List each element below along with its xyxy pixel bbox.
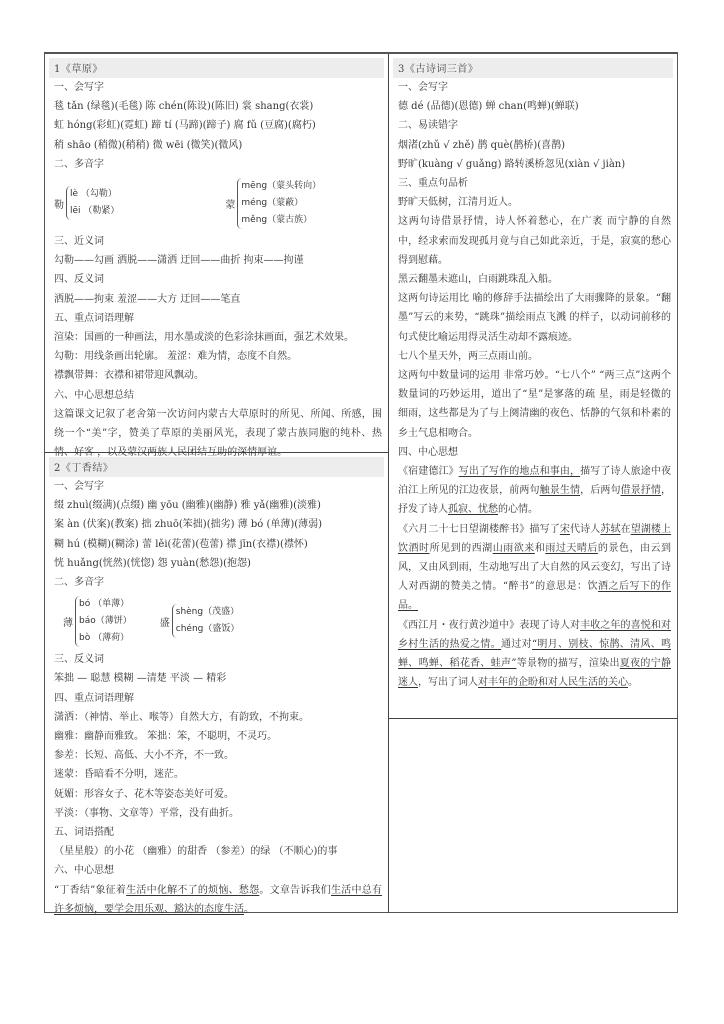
writing-chars-line: 稍 shāo (稍微)(稍稍) 微 wēi (微笑)(微风) <box>49 136 384 155</box>
lesson-2-cell: 2《丁香结》 一、会写字 缀 zhuì(缀满)(点缀) 幽 yōu (幽雅)(幽… <box>45 453 388 913</box>
writing-chars-line: 德 dé (品德)(恩德) 蝉 chan(鸣蝉)(蝉联) <box>393 97 673 116</box>
section-heading: 二、多音字 <box>49 573 384 592</box>
text-run: 。 <box>244 904 254 915</box>
writing-chars-line: 恍 huǎng(恍然)(恍惚) 怨 yuàn(愁怨)(抱怨) <box>49 554 384 573</box>
text-run: 所见到的西湖 <box>430 543 493 554</box>
misread-chars-line: 野旷(kuàng √ guǎng) 路转溪桥忽见(xiàn √ jiàn) <box>393 155 673 174</box>
synonyms-line: 勾勒——勾画 洒脱——潇洒 迂回——曲折 拘束——拘谨 <box>49 251 384 270</box>
poem-line: 七八个星天外，两三点雨山前。 <box>393 347 673 366</box>
lesson-3-cell: 3《古诗词三首》 一、会写字 德 dé (品德)(恩德) 蝉 chan(鸣蝉)(… <box>389 54 677 719</box>
polyphonic-group: 勒 lè （勾勒） lēi （勒紧） 蒙 mēng（蒙头转向） méng（蒙蔽）… <box>49 174 384 232</box>
right-column: 3《古诗词三首》 一、会写字 德 dé (品德)(恩德) 蝉 chan(鸣蝉)(… <box>388 54 677 913</box>
text-run: 代诗人 <box>570 524 600 535</box>
writing-chars-line: 糊 hú (模糊)(糊涂) 蕾 lěi(花蕾)(苞蕾) 襟 jīn(衣襟)(襟怀… <box>49 535 384 554</box>
section-heading: 四、反义词 <box>49 270 384 289</box>
central-idea-text: “丁香结”象征着生活中化解不了的烦恼、愁怨。文章告诉我们生活中总有许多烦恼，要学… <box>49 881 384 919</box>
brace-icon: lè （勾勒） lēi （勒紧） <box>66 186 119 220</box>
analysis-text: 这两句诗借景抒情，诗人怀着愁心，在广袤 而宁静的自然中，经求索而发现孤月竟与自己… <box>393 212 673 270</box>
writing-chars-line: 案 àn (伏案)(教案) 拙 zhuō(笨拙)(拙劣) 薄 bó (单薄)(薄… <box>49 515 384 534</box>
definition-line: 襟飘带舞：衣襟和裙带迎风飘动。 <box>49 366 384 385</box>
poem-line: 野旷天低树，江清月近人。 <box>393 193 673 212</box>
writing-chars-line: 虹 hóng(彩虹)(霓虹) 蹄 tí (马蹄)(蹄子) 腐 fǔ (豆腐)(腐… <box>49 116 384 135</box>
section-heading: 三、反义词 <box>49 650 384 669</box>
notes-table: 1《草原》 一、会写字 毯 tǎn (绿毯)(毛毯) 陈 chén(陈设)(陈旧… <box>44 52 678 913</box>
polyphonic-char: 蒙 <box>225 196 235 211</box>
underlined-text: 宋 <box>560 524 570 535</box>
central-idea-paragraph: 《宿建德江》写出了写作的地点和事由，描写了诗人旅途中夜泊江上所见的江边夜景，前两… <box>393 462 673 520</box>
definition-line: 渲染：国画的一种画法，用水墨或淡的色彩涂抹画面，强艺术效果。 <box>49 328 384 347</box>
definition-line: 勾勒：用线条画出轮廓。 羞涩：难为情，态度不自然。 <box>49 347 384 366</box>
section-heading: 二、多音字 <box>49 155 384 174</box>
underlined-text: 雨过天晴后 <box>545 543 598 554</box>
underlined-text: 写出了写作的地点和事由， <box>459 466 580 477</box>
lesson-1-title: 1《草原》 <box>49 58 384 78</box>
text-run: 《六月二十七日望湖楼醉书》描写了 <box>398 524 560 535</box>
analysis-text: 这两句诗运用比 喻的修辞手法描绘出了大雨骤降的景象。“翻墨”写云的来势，“跳珠”… <box>393 289 673 347</box>
underlined-text: 触景生情 <box>540 485 580 496</box>
writing-chars-line: 毯 tǎn (绿毯)(毛毯) 陈 chén(陈设)(陈旧) 裳 shang(衣裳… <box>49 97 384 116</box>
section-heading: 四、重点词语理解 <box>49 689 384 708</box>
brace-icon: shèng（茂盛） chéng（盛饭） <box>172 604 240 638</box>
text-run: ，后两句 <box>580 485 620 496</box>
section-heading: 二、易读错字 <box>393 116 673 135</box>
underlined-text: 生活中化解不了的烦恼、愁怨 <box>126 885 259 896</box>
underlined-text: 对丰年的企盼和对人民生活的关心 <box>478 677 628 688</box>
text-run: 。 <box>628 677 638 688</box>
antonyms-line: 洒脱——拘束 羞涩——大方 迂回——笔直 <box>49 290 384 309</box>
central-idea-paragraph: 《六月二十七日望湖楼醉书》描写了宋代诗人苏轼在望湖楼上饮酒时所见到的西湖山雨欲来… <box>393 520 673 616</box>
brace-icon: bó （单薄） báo（薄饼） bò （薄荷） <box>75 596 132 647</box>
text-run: ，写出了词人 <box>418 677 478 688</box>
reading: chéng（盛饭） <box>176 621 240 638</box>
section-heading: 一、会写字 <box>49 78 384 97</box>
underlined-text: 苏轼 <box>600 524 620 535</box>
misread-chars-line: 烟渚(zhǔ √ zhě) 鹊 què(鹊桥)(喜鹊) <box>393 136 673 155</box>
reading: shèng（茂盛） <box>176 604 240 621</box>
text-run: 和 <box>535 543 546 554</box>
analysis-text: 这两句中数量词的运用 非常巧妙。“七八个” “两三点”这两个数量词的巧妙运用，道… <box>393 366 673 443</box>
definition-line: 参差：长短、高低、大小不齐，不一致。 <box>49 746 384 765</box>
section-heading: 六、中心思想 <box>49 861 384 880</box>
reading: bò （薄荷） <box>79 630 132 647</box>
polyphonic-group: 薄 bó （单薄） báo（薄饼） bò （薄荷） 盛 shèng（茂盛） ch… <box>49 592 384 650</box>
underlined-text: 山雨欲来 <box>493 543 535 554</box>
section-heading: 一、会写字 <box>49 477 384 496</box>
antonyms-line: 笨拙 — 聪慧 模糊 —清楚 平淡 — 精彩 <box>49 669 384 688</box>
section-heading: 四、中心思想 <box>393 443 673 462</box>
reading: mēng（蒙头转向） <box>241 178 321 195</box>
definition-line: 平淡：（事物、文章等）平常，没有曲折。 <box>49 804 384 823</box>
writing-chars-line: 缀 zhuì(缀满)(点缀) 幽 yōu (幽雅)(幽静) 雅 yǎ(幽雅)(淡… <box>49 496 384 515</box>
section-heading: 五、重点词语理解 <box>49 309 384 328</box>
reading: bó （单薄） <box>79 596 132 613</box>
definition-line: 妩媚：形容女子、花木等姿态美好可爱。 <box>49 785 384 804</box>
text-run: 《宿建德江》 <box>398 466 459 477</box>
text-run: 。文章告诉我们 <box>259 885 331 896</box>
central-idea-paragraph: 《西江月・夜行黄沙道中》表现了诗人对丰收之年的喜悦和对乡村生活的热爱之情。通过对… <box>393 616 673 693</box>
polyphonic-char: 盛 <box>160 614 170 629</box>
text-run: “丁香结”象征着 <box>54 885 126 896</box>
section-heading: 三、重点句品析 <box>393 174 673 193</box>
reading: méng（蒙蔽） <box>241 195 321 212</box>
polyphonic-char: 薄 <box>63 614 73 629</box>
text-run: 在 <box>621 524 631 535</box>
text-run: 的心情。 <box>498 504 538 515</box>
collocation-line: （星星般）的小花 （幽雅）的甜香 （参差）的绿 （不顺心)的事 <box>49 842 384 861</box>
section-heading: 六、中心思想总结 <box>49 386 384 405</box>
underlined-text: 借景抒情 <box>621 485 661 496</box>
section-heading: 三、近义词 <box>49 232 384 251</box>
brace-icon: mēng（蒙头转向） méng（蒙蔽） měng（蒙古族） <box>237 178 321 229</box>
reading: lè （勾勒） <box>70 186 119 203</box>
poem-line: 黑云翻墨未遮山，白雨跳珠乱入船。 <box>393 270 673 289</box>
underlined-text: 孤寂、忧愁 <box>448 504 498 515</box>
lesson-1-cell: 1《草原》 一、会写字 毯 tǎn (绿毯)(毛毯) 陈 chén(陈设)(陈旧… <box>45 54 388 453</box>
definition-line: 幽雅：幽静而雅致。 笨拙：笨，不聪明，不灵巧。 <box>49 727 384 746</box>
definition-line: 迷蒙：昏暗看不分明，迷茫。 <box>49 765 384 784</box>
lesson-3-title: 3《古诗词三首》 <box>393 58 673 78</box>
section-heading: 五、词语搭配 <box>49 823 384 842</box>
section-heading: 一、会写字 <box>393 78 673 97</box>
text-run: 通过对 <box>501 639 532 650</box>
reading: měng（蒙古族） <box>241 212 321 229</box>
reading: lēi （勒紧） <box>70 203 119 220</box>
text-run: 《西江月・夜行黄沙道中》表现了诗人对 <box>398 620 580 631</box>
text-run: 等景物的描写，渲染出 <box>516 658 619 669</box>
empty-cell <box>389 719 677 913</box>
reading: báo（薄饼） <box>79 613 132 630</box>
polyphonic-char: 勒 <box>54 196 64 211</box>
definition-line: 潇洒：（神情、举止、喉等）自然大方，有韵致，不拘束。 <box>49 708 384 727</box>
lesson-2-title: 2《丁香结》 <box>49 457 384 477</box>
